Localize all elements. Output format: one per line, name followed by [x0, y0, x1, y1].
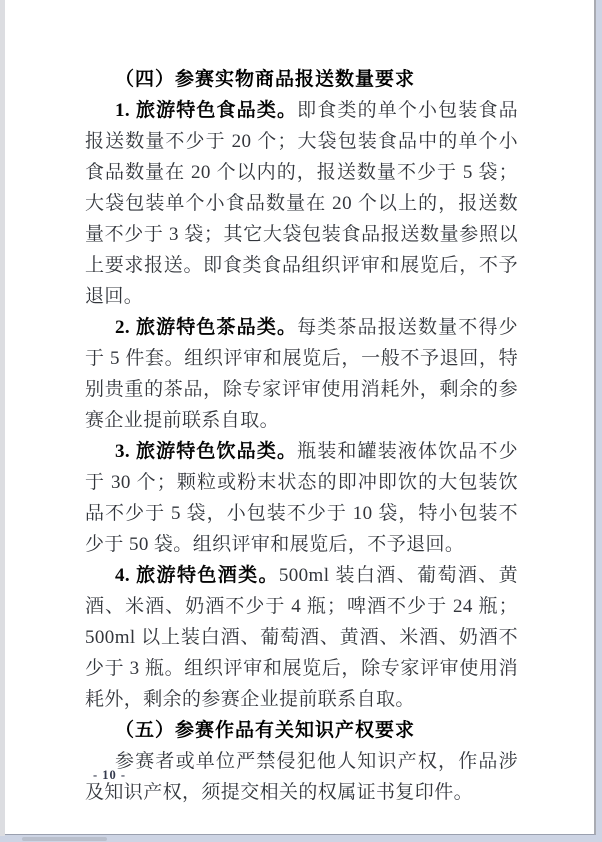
section-heading-4: （四）参赛实物商品报送数量要求: [85, 64, 518, 95]
paragraph-alcohol-text: 500ml 装白酒、葡萄酒、黄酒、米酒、奶酒不少于 4 瓶；啤酒不少于 24 瓶…: [85, 565, 518, 710]
document-content: （四）参赛实物商品报送数量要求 1. 旅游特色食品类。即食类的单个小包装食品报送…: [85, 64, 518, 808]
document-page: （四）参赛实物商品报送数量要求 1. 旅游特色食品类。即食类的单个小包装食品报送…: [5, 0, 596, 835]
paragraph-tea-lead: 2. 旅游特色茶品类。: [115, 317, 297, 338]
paragraph-food: 1. 旅游特色食品类。即食类的单个小包装食品报送数量不少于 20 个；大袋包装食…: [85, 95, 518, 312]
horizontal-scrollbar-thumb[interactable]: [22, 837, 107, 841]
paragraph-tea: 2. 旅游特色茶品类。每类茶品报送数量不得少于 5 件套。组织评审和展览后，一般…: [85, 312, 518, 436]
page-number: - 10 -: [93, 768, 126, 783]
document-viewer: { "doc": { "blocks": [ { "type": "headin…: [0, 0, 602, 842]
paragraph-beverage: 3. 旅游特色饮品类。瓶装和罐装液体饮品不少于 30 个；颗粒或粉末状态的即冲即…: [85, 436, 518, 560]
section-heading-5: （五）参赛作品有关知识产权要求: [85, 715, 518, 746]
paragraph-food-lead: 1. 旅游特色食品类。: [115, 100, 297, 121]
paragraph-alcohol: 4. 旅游特色酒类。500ml 装白酒、葡萄酒、黄酒、米酒、奶酒不少于 4 瓶；…: [85, 560, 518, 715]
paragraph-ipr-text: 参赛者或单位严禁侵犯他人知识产权，作品涉及知识产权，须提交相关的权属证书复印件。: [85, 751, 518, 803]
paragraph-alcohol-lead: 4. 旅游特色酒类。: [115, 565, 279, 586]
paragraph-food-text: 即食类的单个小包装食品报送数量不少于 20 个；大袋包装食品中的单个小食品数量在…: [85, 100, 518, 307]
paragraph-ipr: 参赛者或单位严禁侵犯他人知识产权，作品涉及知识产权，须提交相关的权属证书复印件。: [85, 746, 518, 808]
paragraph-beverage-lead: 3. 旅游特色饮品类。: [115, 441, 297, 462]
